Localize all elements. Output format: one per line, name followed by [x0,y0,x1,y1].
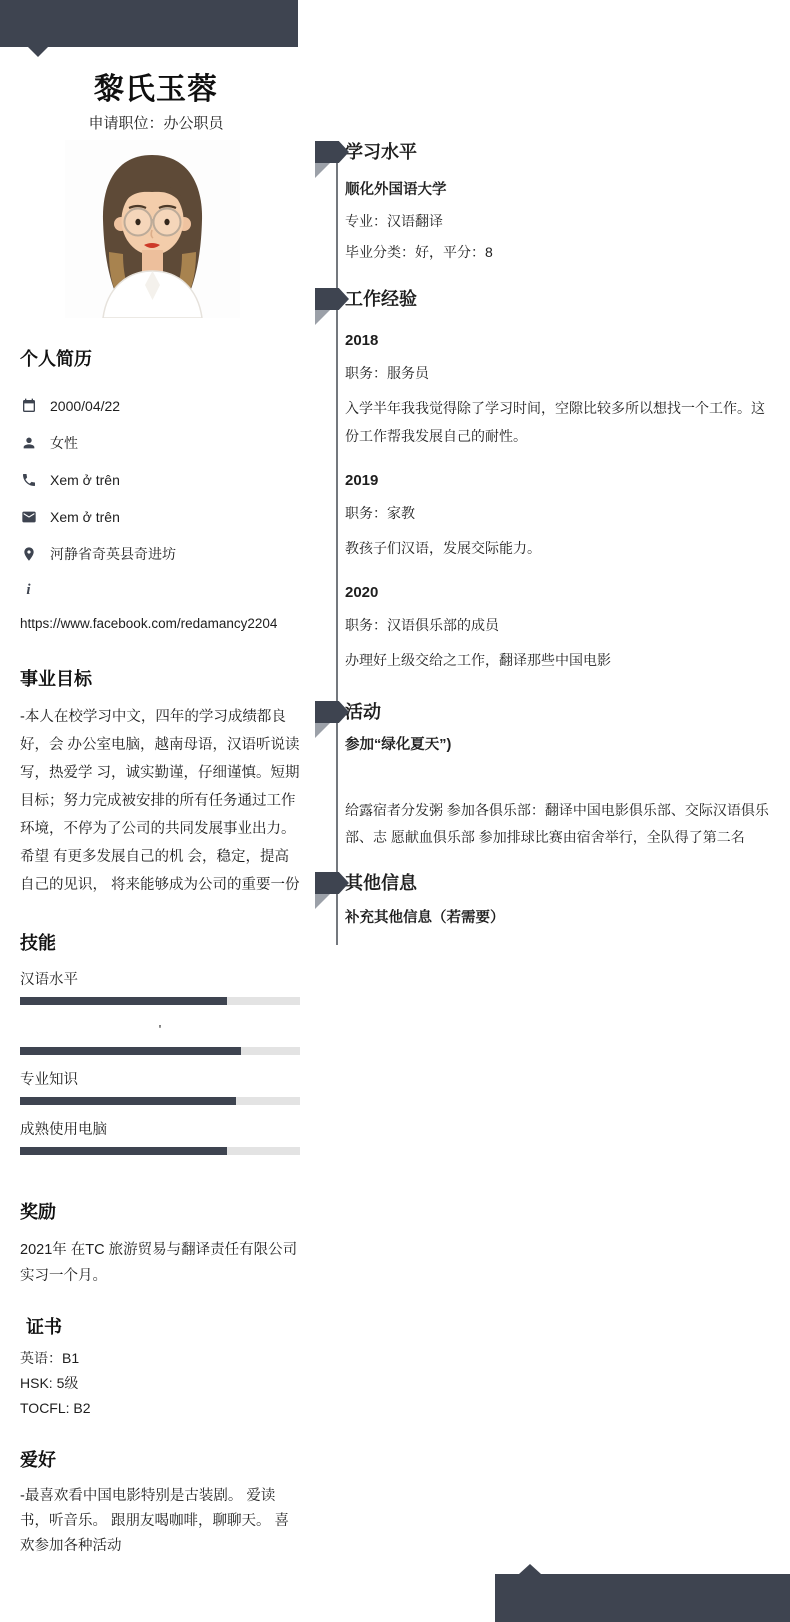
contact-row-address: 河静省奇英县奇进坊 [20,542,300,565]
phone-value: Xem ở trên [50,472,120,488]
activity-highlight: 参加“绿化夏天”) [345,736,778,754]
skill-item: 汉语水平 [20,971,300,1005]
section-experience: 工作经验 2018 职务：服务员 入学半年我我觉得除了学习时间，空隙比较多所以想… [318,288,778,674]
job-year: 2019 [345,472,778,490]
right-column: 学习水平 顺化外国语大学 专业：汉语翻译 毕业分类：好，平分：8 工作经验 20… [318,0,778,927]
facebook-link[interactable]: https://www.facebook.com/redamancy2204 [20,616,300,631]
section-education: 学习水平 顺化外国语大学 专业：汉语翻译 毕业分类：好，平分：8 [318,141,778,261]
hobbies-text: -最喜欢看中国电影特别是古装剧。 爱读书，听音乐。 跟朋友喝咖啡，聊聊天。 喜欢… [20,1484,300,1559]
candidate-name: 黎氏玉蓉 [0,64,312,108]
job-description: 办理好上级交给之工作，翻译那些中国电影 [345,646,778,674]
job-entry: 2019 职务：家教 教孩子们汉语，发展交际能力。 [345,472,778,562]
email-value: Xem ở trên [50,509,120,525]
header-accent-bar [0,0,298,47]
certificate-item: 英语：B1 [20,1346,300,1371]
skill-bar-fill [20,997,227,1005]
job-entry: 2020 职务：汉语俱乐部的成员 办理好上级交给之工作，翻译那些中国电影 [345,584,778,674]
section-activities: 活动 参加“绿化夏天”) 给露宿者分发粥 参加各俱乐部：翻译中国电影俱乐部、交际… [318,701,778,851]
phone-icon [20,471,37,488]
section-title-skills: 技能 [20,931,300,955]
job-entry: 2018 职务：服务员 入学半年我我觉得除了学习时间，空隙比较多所以想找一个工作… [345,332,778,450]
skill-bar-fill [20,1147,227,1155]
user-icon [20,434,37,451]
skill-item: 成熟使用电脑 [20,1121,300,1155]
section-title-hobbies: 爱好 [20,1448,300,1472]
section-title-profile: 个人简历 [20,347,300,371]
skill-bar-track [20,997,300,1005]
skill-bar-fill [20,1047,241,1055]
skill-bar-track [20,1097,300,1105]
timeline-marker-icon [315,701,349,723]
major: 专业：汉语翻译 [345,212,778,230]
header-accent-triangle [28,47,48,57]
portrait-photo [65,140,240,318]
contact-row-birthday: 2000/04/22 [20,394,300,417]
skill-label: ' [20,1021,300,1039]
contact-list: 2000/04/22 女性 Xem ở trên Xem ở trên [20,394,300,602]
job-role: 职务：家教 [345,504,778,522]
footer-accent-bar [495,1574,790,1622]
skill-label: 专业知识 [20,1071,300,1089]
section-title-objective: 事业目标 [20,667,300,691]
awards-text: 2021年 在TC 旅游贸易与翻译责任有限公司实习一个月。 [20,1237,300,1289]
section-title-other: 其他信息 [345,872,778,894]
timeline-marker-icon [315,141,349,163]
map-pin-icon [20,545,37,562]
graduation-result: 毕业分类：好，平分：8 [345,243,778,261]
section-other-info: 其他信息 补充其他信息（若需要） [318,872,778,927]
contact-row-gender: 女性 [20,431,300,454]
info-icon: i [20,582,37,599]
skill-label: 成熟使用电脑 [20,1121,300,1139]
job-role: 职务：汉语俱乐部的成员 [345,616,778,634]
skill-bar-fill [20,1097,236,1105]
timeline-marker-icon [315,872,349,894]
section-title-education: 学习水平 [345,141,778,163]
resume-page: 黎氏玉蓉 申请职位：办公职员 [0,0,790,1622]
applied-position: 申请职位：办公职员 [0,112,312,133]
school-name: 顺化外国语大学 [345,181,778,199]
activity-description: 给露宿者分发粥 参加各俱乐部：翻译中国电影俱乐部、交际汉语俱乐部、志 愿献血俱乐… [345,797,778,851]
objective-text: -本人在校学习中文，四年的学习成绩都良好，会 办公室电脑，越南母语，汉语听说读写… [20,703,300,899]
certificate-item: TOCFL: B2 [20,1396,300,1421]
section-title-certificates: 证书 [20,1315,300,1339]
section-title-activities: 活动 [345,701,778,723]
skill-item: 专业知识 [20,1071,300,1105]
address-value: 河静省奇英县奇进坊 [50,544,176,564]
other-info-text: 补充其他信息（若需要） [345,909,778,927]
section-title-awards: 奖励 [20,1200,300,1224]
portrait-illustration [65,140,240,318]
certificate-item: HSK: 5级 [20,1371,300,1396]
skill-label: 汉语水平 [20,971,300,989]
skill-bar-track [20,1047,300,1055]
job-year: 2018 [345,332,778,350]
skill-item: ' [20,1021,300,1055]
timeline-marker-icon [315,288,349,310]
calendar-icon [20,397,37,414]
envelope-icon [20,508,37,525]
job-year: 2020 [345,584,778,602]
footer-accent-triangle [519,1564,541,1574]
job-description: 教孩子们汉语，发展交际能力。 [345,534,778,562]
job-role: 职务：服务员 [345,364,778,382]
job-description: 入学半年我我觉得除了学习时间，空隙比较多所以想找一个工作。这份工作帮我发展自己的… [345,394,778,450]
section-title-experience: 工作经验 [345,288,778,310]
birthday-value: 2000/04/22 [50,398,120,414]
contact-row-email: Xem ở trên [20,505,300,528]
certificates-list: 英语：B1 HSK: 5级 TOCFL: B2 [20,1346,300,1421]
left-column: 个人简历 2000/04/22 女性 Xem ở trên [20,347,300,1559]
contact-row-info: i [20,579,300,602]
gender-value: 女性 [50,433,78,453]
skill-bar-track [20,1147,300,1155]
contact-row-phone: Xem ở trên [20,468,300,491]
